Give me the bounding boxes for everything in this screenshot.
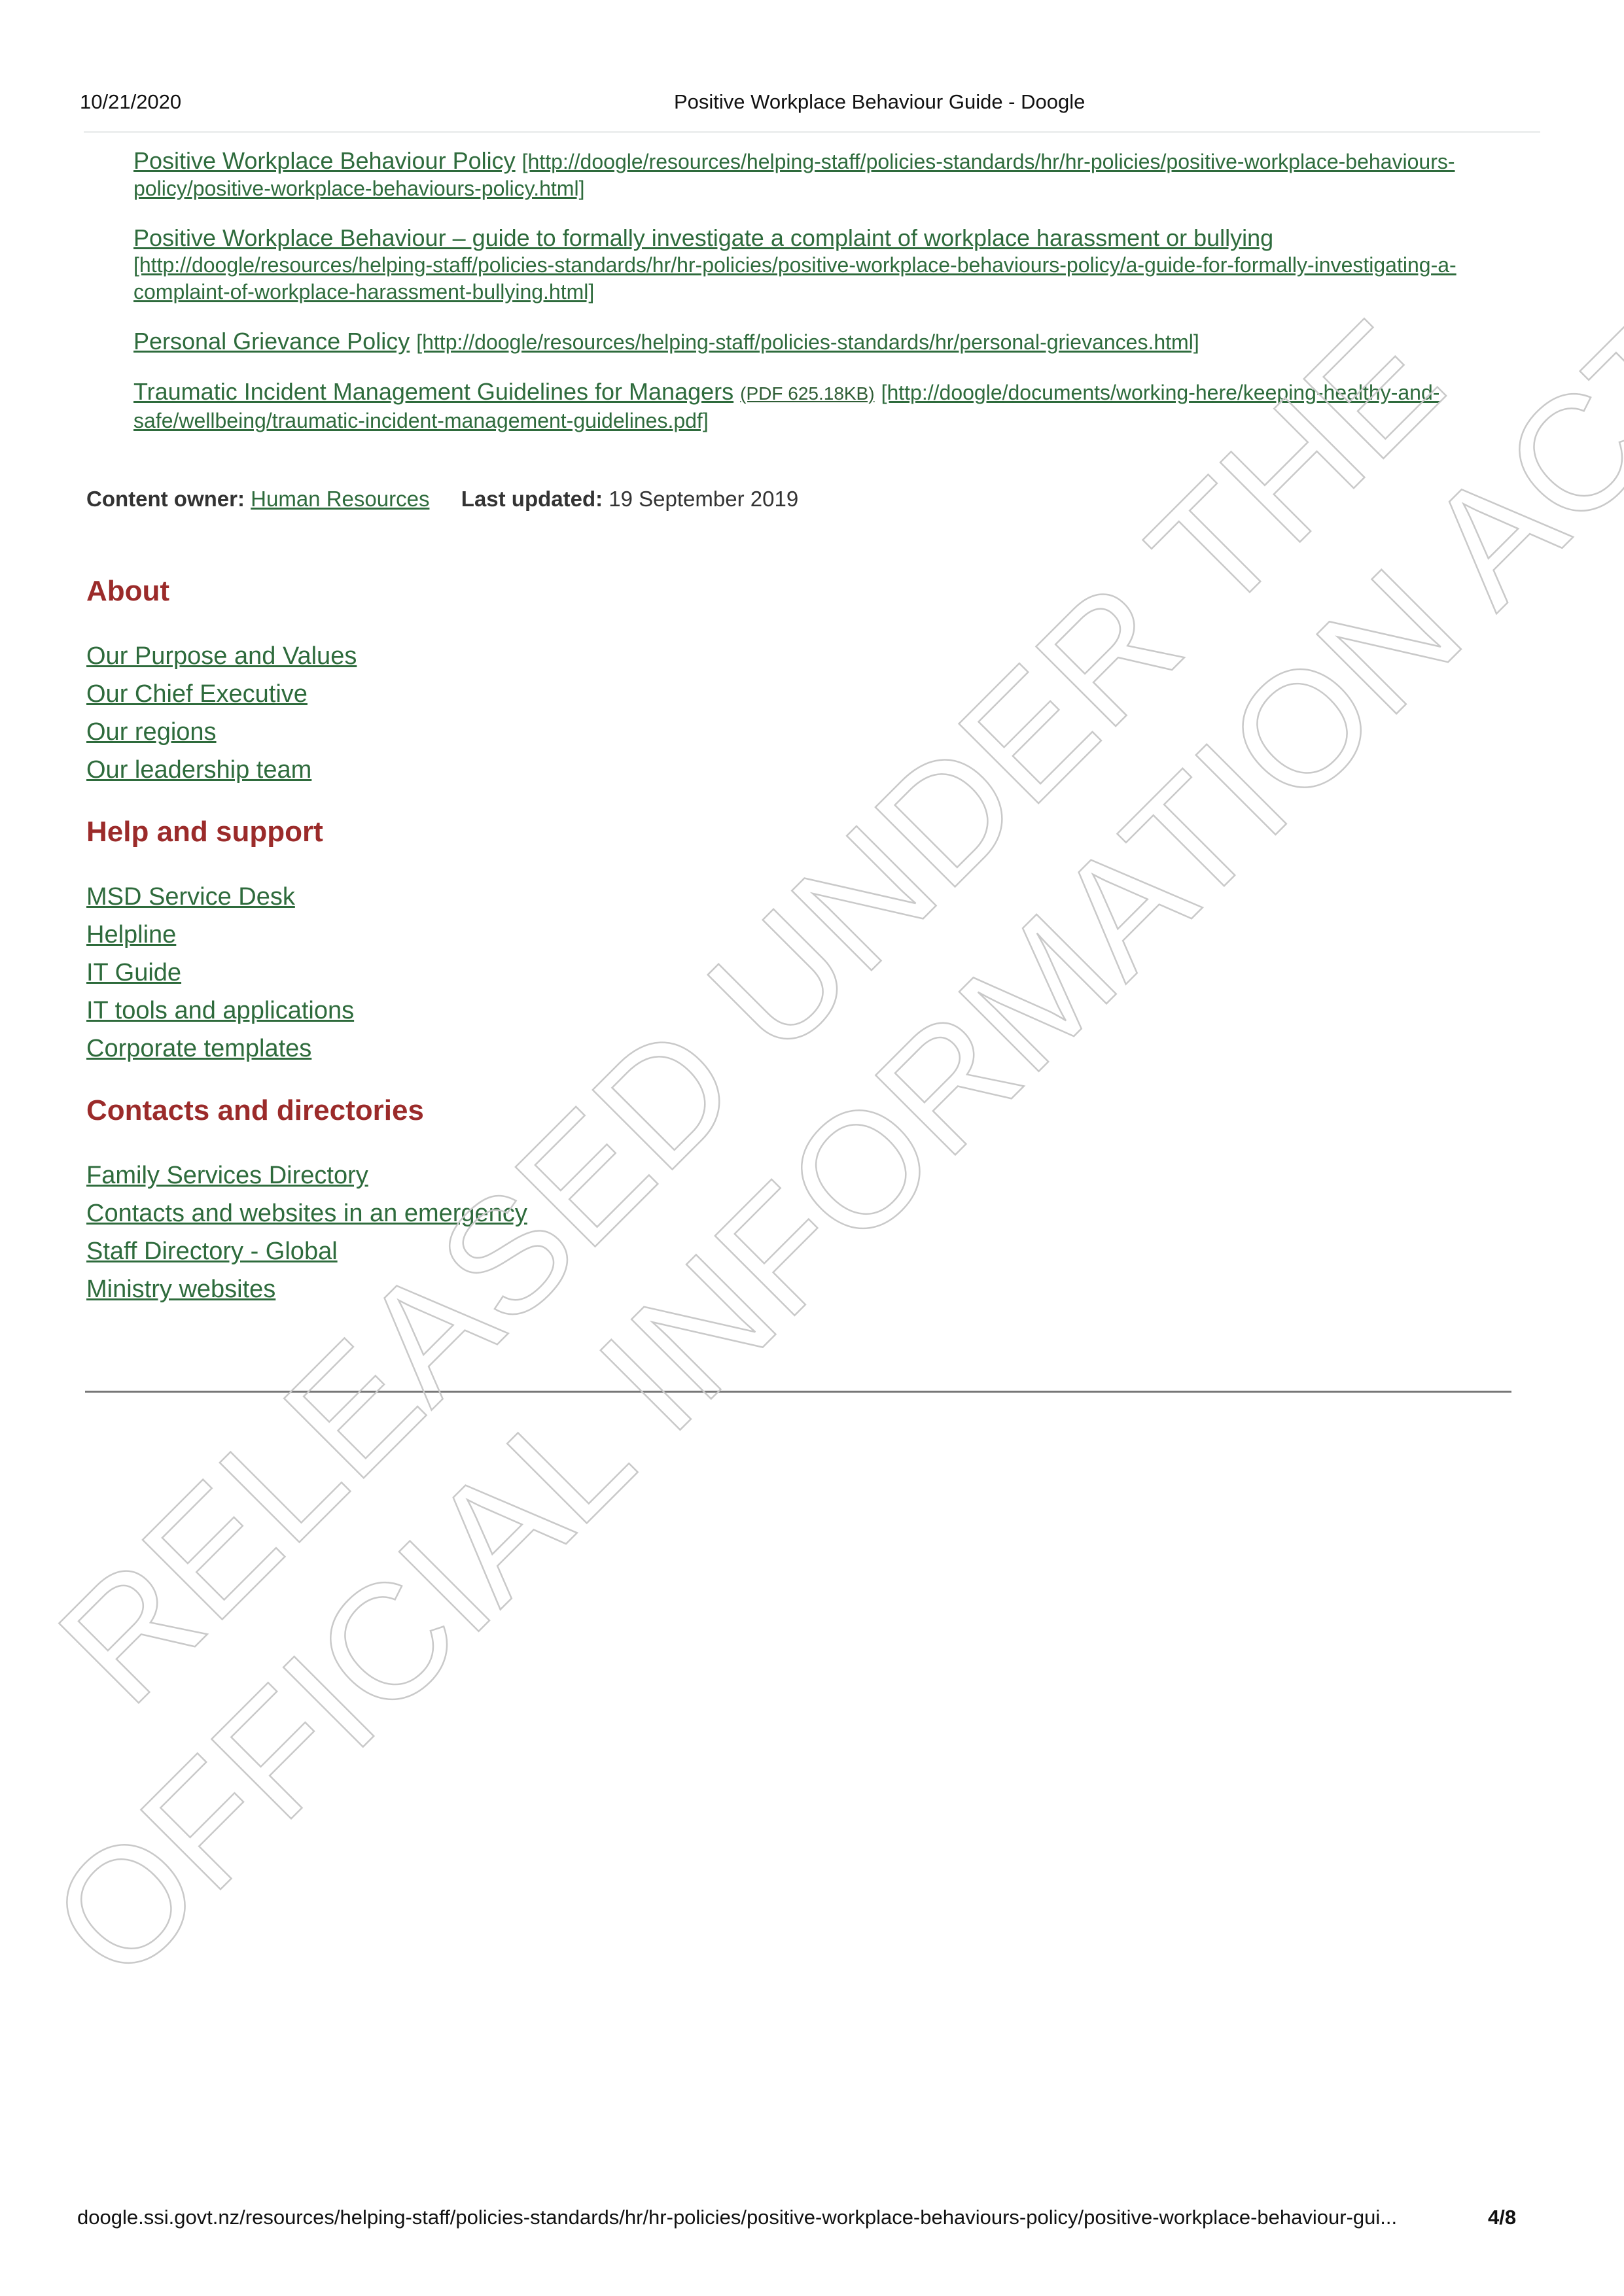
nav-link-it-tools[interactable]: IT tools and applications <box>86 997 354 1024</box>
file-size-label: (PDF 625.18KB) <box>740 383 874 404</box>
nav-link-purpose-values[interactable]: Our Purpose and Values <box>86 642 357 670</box>
nav-heading-about: About <box>86 572 872 611</box>
footer-divider <box>85 1391 1511 1393</box>
nav-heading-contacts: Contacts and directories <box>86 1091 872 1130</box>
related-link-item: Positive Workplace Behaviour Policy [htt… <box>133 148 1521 201</box>
nav-link-service-desk[interactable]: MSD Service Desk <box>86 883 295 911</box>
content-owner-label: Content owner: <box>86 487 245 511</box>
footer-navigation: About Our Purpose and Values Our Chief E… <box>86 572 872 1332</box>
content-owner-link[interactable]: Human Resources <box>251 487 429 511</box>
print-footer-url: doogle.ssi.govt.nz/resources/helping-sta… <box>77 2206 1397 2229</box>
print-page-number: 4/8 <box>1488 2206 1516 2229</box>
page-meta: Content owner: Human Resources Last upda… <box>86 487 798 512</box>
nav-link-staff-directory[interactable]: Staff Directory - Global <box>86 1238 338 1265</box>
related-link-url[interactable]: [http://doogle/resources/helping-staff/p… <box>416 330 1199 354</box>
related-link-item: Personal Grievance Policy [http://doogle… <box>133 328 1521 355</box>
related-link-title[interactable]: Positive Workplace Behaviour Policy <box>133 147 516 174</box>
nav-link-regions[interactable]: Our regions <box>86 718 217 746</box>
header-divider <box>84 131 1540 133</box>
related-link-title[interactable]: Traumatic Incident Management Guidelines… <box>133 378 733 405</box>
nav-link-helpline[interactable]: Helpline <box>86 921 176 948</box>
related-link-title[interactable]: Personal Grievance Policy <box>133 328 410 355</box>
nav-link-family-services[interactable]: Family Services Directory <box>86 1162 368 1189</box>
nav-link-emergency-contacts[interactable]: Contacts and websites in an emergency <box>86 1200 527 1227</box>
related-link-url[interactable]: [http://doogle/resources/helping-staff/p… <box>133 253 1456 304</box>
nav-link-leadership-team[interactable]: Our leadership team <box>86 756 311 784</box>
related-links-list: Positive Workplace Behaviour Policy [htt… <box>133 148 1521 457</box>
print-page-title: Positive Workplace Behaviour Guide - Doo… <box>674 90 1085 114</box>
last-updated-label: Last updated: <box>461 487 603 511</box>
related-link-title[interactable]: Positive Workplace Behaviour – guide to … <box>133 224 1273 251</box>
nav-list-about: Our Purpose and Values Our Chief Executi… <box>86 637 872 789</box>
nav-list-contacts: Family Services Directory Contacts and w… <box>86 1157 872 1308</box>
nav-heading-help-support: Help and support <box>86 812 872 852</box>
nav-link-ministry-websites[interactable]: Ministry websites <box>86 1276 275 1303</box>
nav-link-it-guide[interactable]: IT Guide <box>86 959 181 986</box>
nav-link-chief-executive[interactable]: Our Chief Executive <box>86 680 308 708</box>
nav-link-corporate-templates[interactable]: Corporate templates <box>86 1035 311 1062</box>
print-date: 10/21/2020 <box>80 90 181 114</box>
nav-list-help-support: MSD Service Desk Helpline IT Guide IT to… <box>86 878 872 1068</box>
related-link-item: Traumatic Incident Management Guidelines… <box>133 379 1521 434</box>
last-updated-value: 19 September 2019 <box>609 487 798 511</box>
related-link-item: Positive Workplace Behaviour – guide to … <box>133 225 1521 305</box>
